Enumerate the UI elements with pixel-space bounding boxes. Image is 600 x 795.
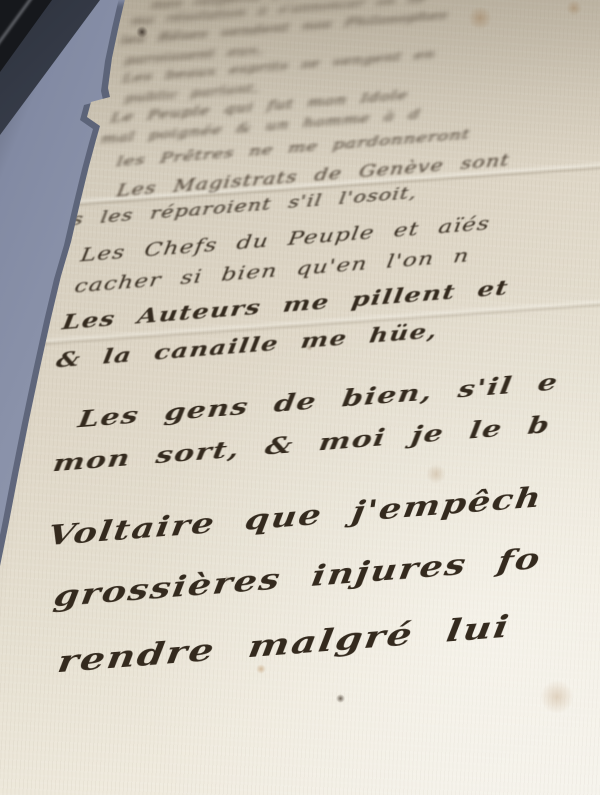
handwritten-line: Voltaire que j'empêch	[46, 484, 544, 550]
photo-of-manuscript: mes respects s'honorent & on mema résolu…	[0, 0, 600, 795]
handwritten-line: grossières injures fo	[52, 545, 543, 612]
handwritten-line: rendre malgré lui	[55, 612, 512, 678]
